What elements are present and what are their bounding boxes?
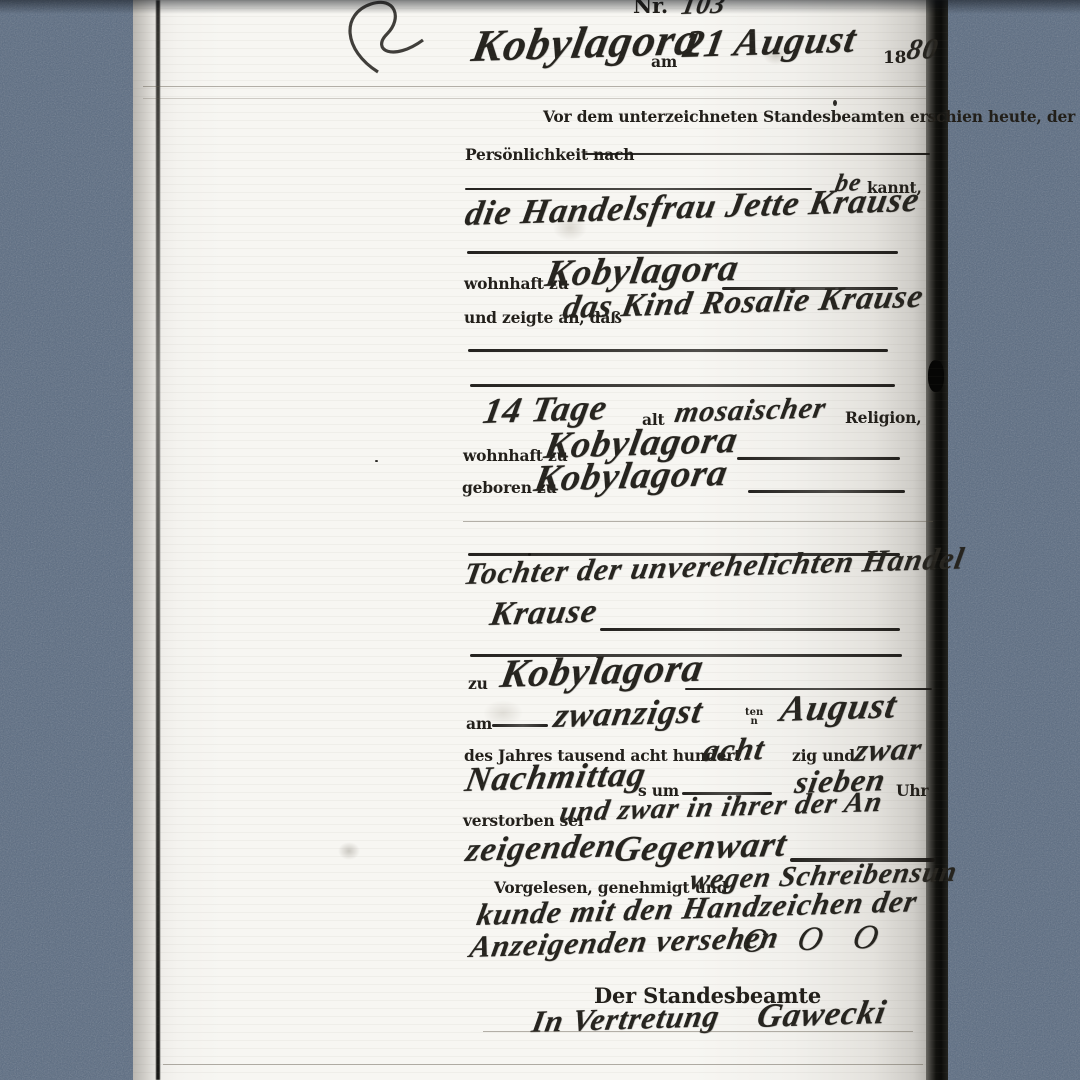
form-intro: Vor dem unterzeichneten Standesbeamten e… [543, 107, 1075, 126]
scan-line [143, 98, 926, 99]
page-left-gutter [133, 0, 157, 1080]
year-written: 80 [904, 33, 941, 67]
binding-ink-blob [928, 360, 944, 392]
ruled-line [748, 490, 905, 493]
ruled-line [468, 349, 888, 352]
ruled-line [470, 384, 895, 387]
ruled-line [600, 628, 900, 631]
signature-prefix: In Vertretung [529, 998, 723, 1040]
death-month-entry: August [777, 684, 901, 731]
scan-line [143, 86, 926, 87]
paper-stain [338, 842, 360, 860]
am-label: am [651, 52, 677, 71]
ink-speck [375, 460, 378, 462]
scanned-death-record: Nr. 103 Kobylagora am 21 August 18 80 Vo… [0, 0, 1080, 1080]
blank-rule [585, 153, 930, 155]
cutoff-signature-flourish [283, 0, 483, 75]
ruled-line [737, 457, 900, 460]
handzeichen-marks: O O O [739, 918, 892, 961]
ink-speck [833, 100, 837, 106]
page-left-crease [156, 0, 160, 1080]
scan-line [483, 1031, 913, 1032]
ten-label: ten n [745, 708, 763, 726]
time-of-day-entry: Nachmittag [462, 754, 650, 800]
ruled-line [492, 724, 548, 727]
date-entry: 21 August [680, 17, 860, 67]
ten-label-bottom: n [750, 716, 757, 727]
year-printed: 18 [883, 48, 906, 68]
jahr-handwritten-1: acht [700, 730, 768, 769]
death-day-entry: zwanzigst [551, 691, 706, 736]
am2-label: am [466, 714, 492, 733]
uhr-label: Uhr [896, 781, 928, 800]
scan-line [163, 1064, 923, 1065]
geboren-entry: Kobylagora [531, 451, 732, 501]
parent-entry-line1: Tochter der unverehelichten Handel [461, 540, 968, 592]
death-place-entry: Kobylagora [497, 644, 708, 697]
scan-line [463, 521, 933, 522]
signature-name: Gawecki [754, 994, 890, 1036]
religion-label: Religion, [845, 408, 921, 427]
gegenwart-entry-1: zeigenden [463, 827, 620, 870]
document-page: Nr. 103 Kobylagora am 21 August 18 80 Vo… [133, 0, 948, 1080]
binding-edge [926, 0, 948, 1080]
zu-label: zu [468, 674, 488, 693]
parent-entry-line2: Krause [487, 593, 601, 634]
